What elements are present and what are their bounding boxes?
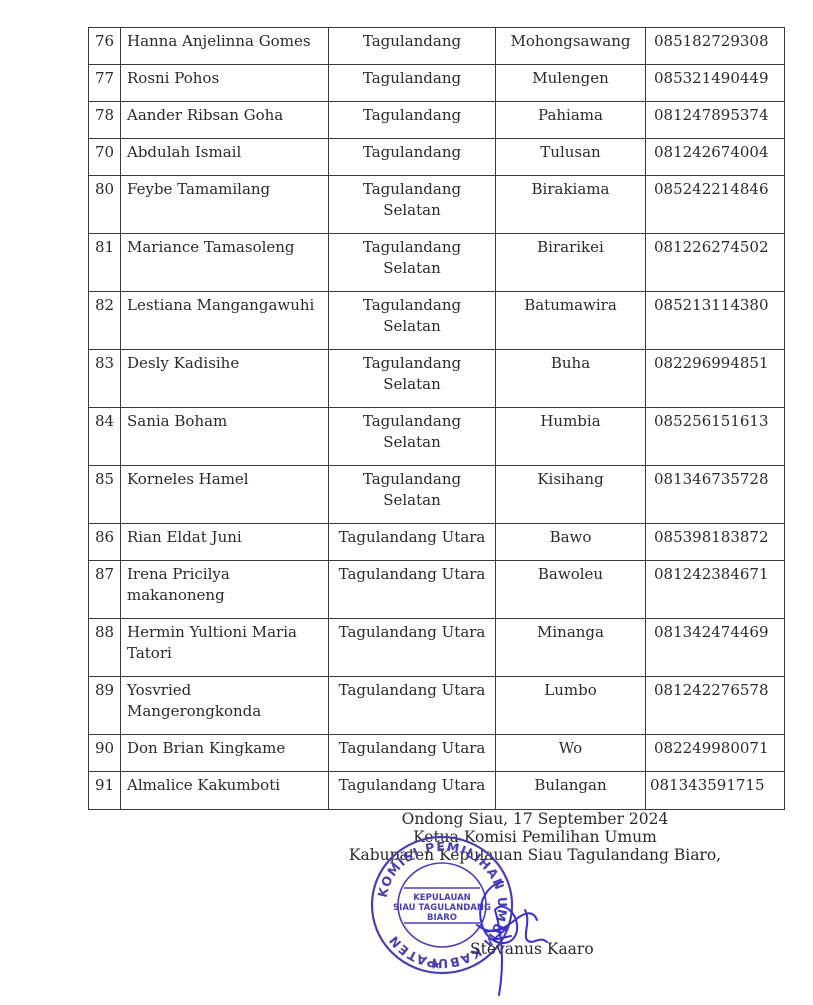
desa: Birarikei — [496, 234, 646, 292]
row-number: 89 — [89, 677, 121, 735]
kecamatan: Tagulandang Selatan — [329, 408, 496, 466]
row-number: 86 — [89, 524, 121, 561]
desa: Mohongsawang — [496, 28, 646, 65]
participant-name: Rosni Pohos — [121, 65, 329, 102]
kecamatan: Tagulandang Selatan — [329, 466, 496, 524]
table-row: 76Hanna Anjelinna GomesTagulandangMohong… — [89, 28, 785, 65]
participant-name: Rian Eldat Juni — [121, 524, 329, 561]
desa: Batumawira — [496, 292, 646, 350]
handwritten-signature-icon — [455, 880, 565, 1000]
participant-name: Desly Kadisihe — [121, 350, 329, 408]
kecamatan: Tagulandang Utara — [329, 619, 496, 677]
phone-number: 081242674004 — [646, 139, 785, 176]
table-body: 76Hanna Anjelinna GomesTagulandangMohong… — [89, 28, 785, 810]
desa: Birakiama — [496, 176, 646, 234]
svg-text:BIARO: BIARO — [427, 913, 457, 923]
participant-name: Hermin Yultioni Maria Tatori — [121, 619, 329, 677]
table-row: 88Hermin Yultioni Maria TatoriTagulandan… — [89, 619, 785, 677]
row-number: 78 — [89, 102, 121, 139]
place-date: Ondong Siau, 17 September 2024 — [330, 810, 740, 828]
participant-name: Mariance Tamasoleng — [121, 234, 329, 292]
table-row: 83Desly KadisiheTagulandang SelatanBuha0… — [89, 350, 785, 408]
phone-number: 085213114380 — [646, 292, 785, 350]
kecamatan: Tagulandang Utara — [329, 677, 496, 735]
desa: Mulengen — [496, 65, 646, 102]
kecamatan: Tagulandang Selatan — [329, 234, 496, 292]
kecamatan: Tagulandang Utara — [329, 561, 496, 619]
phone-number: 085242214846 — [646, 176, 785, 234]
row-number: 81 — [89, 234, 121, 292]
participant-name: Korneles Hamel — [121, 466, 329, 524]
desa: Tulusan — [496, 139, 646, 176]
table-row: 90Don Brian KingkameTagulandang UtaraWo0… — [89, 735, 785, 772]
phone-number: 081242384671 — [646, 561, 785, 619]
kecamatan: Tagulandang Utara — [329, 772, 496, 810]
row-number: 83 — [89, 350, 121, 408]
participant-name: Almalice Kakumboti — [121, 772, 329, 810]
row-number: 82 — [89, 292, 121, 350]
table-row: 78Aander Ribsan GohaTagulandangPahiama08… — [89, 102, 785, 139]
phone-number: 081242276578 — [646, 677, 785, 735]
participant-name: Aander Ribsan Goha — [121, 102, 329, 139]
row-number: 91 — [89, 772, 121, 810]
phone-number: 082296994851 — [646, 350, 785, 408]
participant-name: Irena Pricilya makanoneng — [121, 561, 329, 619]
row-number: 80 — [89, 176, 121, 234]
phone-number: 085398183872 — [646, 524, 785, 561]
participant-table: 76Hanna Anjelinna GomesTagulandangMohong… — [88, 27, 785, 810]
desa: Pahiama — [496, 102, 646, 139]
phone-number: 081343591715 — [646, 772, 785, 810]
kecamatan: Tagulandang Selatan — [329, 350, 496, 408]
kecamatan: Tagulandang Selatan — [329, 292, 496, 350]
row-number: 87 — [89, 561, 121, 619]
phone-number: 082249980071 — [646, 735, 785, 772]
desa: Bawoleu — [496, 561, 646, 619]
svg-text:★: ★ — [430, 958, 442, 973]
desa: Bawo — [496, 524, 646, 561]
kecamatan: Tagulandang — [329, 102, 496, 139]
participant-name: Yosvried Mangerongkonda — [121, 677, 329, 735]
row-number: 84 — [89, 408, 121, 466]
desa: Wo — [496, 735, 646, 772]
desa: Minanga — [496, 619, 646, 677]
phone-number: 085182729308 — [646, 28, 785, 65]
table-row: 85Korneles HamelTagulandang SelatanKisih… — [89, 466, 785, 524]
table-row: 91Almalice KakumbotiTagulandang UtaraBul… — [89, 772, 785, 810]
row-number: 85 — [89, 466, 121, 524]
phone-number: 081342474469 — [646, 619, 785, 677]
row-number: 90 — [89, 735, 121, 772]
desa: Humbia — [496, 408, 646, 466]
kecamatan: Tagulandang Selatan — [329, 176, 496, 234]
phone-number: 085321490449 — [646, 65, 785, 102]
kecamatan: Tagulandang Utara — [329, 524, 496, 561]
table-row: 89Yosvried MangerongkondaTagulandang Uta… — [89, 677, 785, 735]
desa: Kisihang — [496, 466, 646, 524]
row-number: 77 — [89, 65, 121, 102]
participant-name: Abdulah Ismail — [121, 139, 329, 176]
phone-number: 081247895374 — [646, 102, 785, 139]
participant-name: Sania Boham — [121, 408, 329, 466]
desa: Bulangan — [496, 772, 646, 810]
table-row: 84Sania BohamTagulandang SelatanHumbia08… — [89, 408, 785, 466]
participant-name: Lestiana Mangangawuhi — [121, 292, 329, 350]
kecamatan: Tagulandang — [329, 65, 496, 102]
desa: Buha — [496, 350, 646, 408]
participant-name: Feybe Tamamilang — [121, 176, 329, 234]
kecamatan: Tagulandang — [329, 28, 496, 65]
participant-name: Hanna Anjelinna Gomes — [121, 28, 329, 65]
table-row: 81Mariance TamasolengTagulandang Selatan… — [89, 234, 785, 292]
table-row: 86Rian Eldat JuniTagulandang UtaraBawo08… — [89, 524, 785, 561]
table-row: 87Irena Pricilya makanonengTagulandang U… — [89, 561, 785, 619]
phone-number: 081226274502 — [646, 234, 785, 292]
row-number: 76 — [89, 28, 121, 65]
table-row: 82Lestiana MangangawuhiTagulandang Selat… — [89, 292, 785, 350]
table-row: 77Rosni PohosTagulandangMulengen08532149… — [89, 65, 785, 102]
participant-name: Don Brian Kingkame — [121, 735, 329, 772]
kecamatan: Tagulandang Utara — [329, 735, 496, 772]
row-number: 88 — [89, 619, 121, 677]
phone-number: 085256151613 — [646, 408, 785, 466]
table-row: 80Feybe TamamilangTagulandang SelatanBir… — [89, 176, 785, 234]
row-number: 70 — [89, 139, 121, 176]
desa: Lumbo — [496, 677, 646, 735]
table-row: 70Abdulah IsmailTagulandangTulusan081242… — [89, 139, 785, 176]
kecamatan: Tagulandang — [329, 139, 496, 176]
phone-number: 081346735728 — [646, 466, 785, 524]
